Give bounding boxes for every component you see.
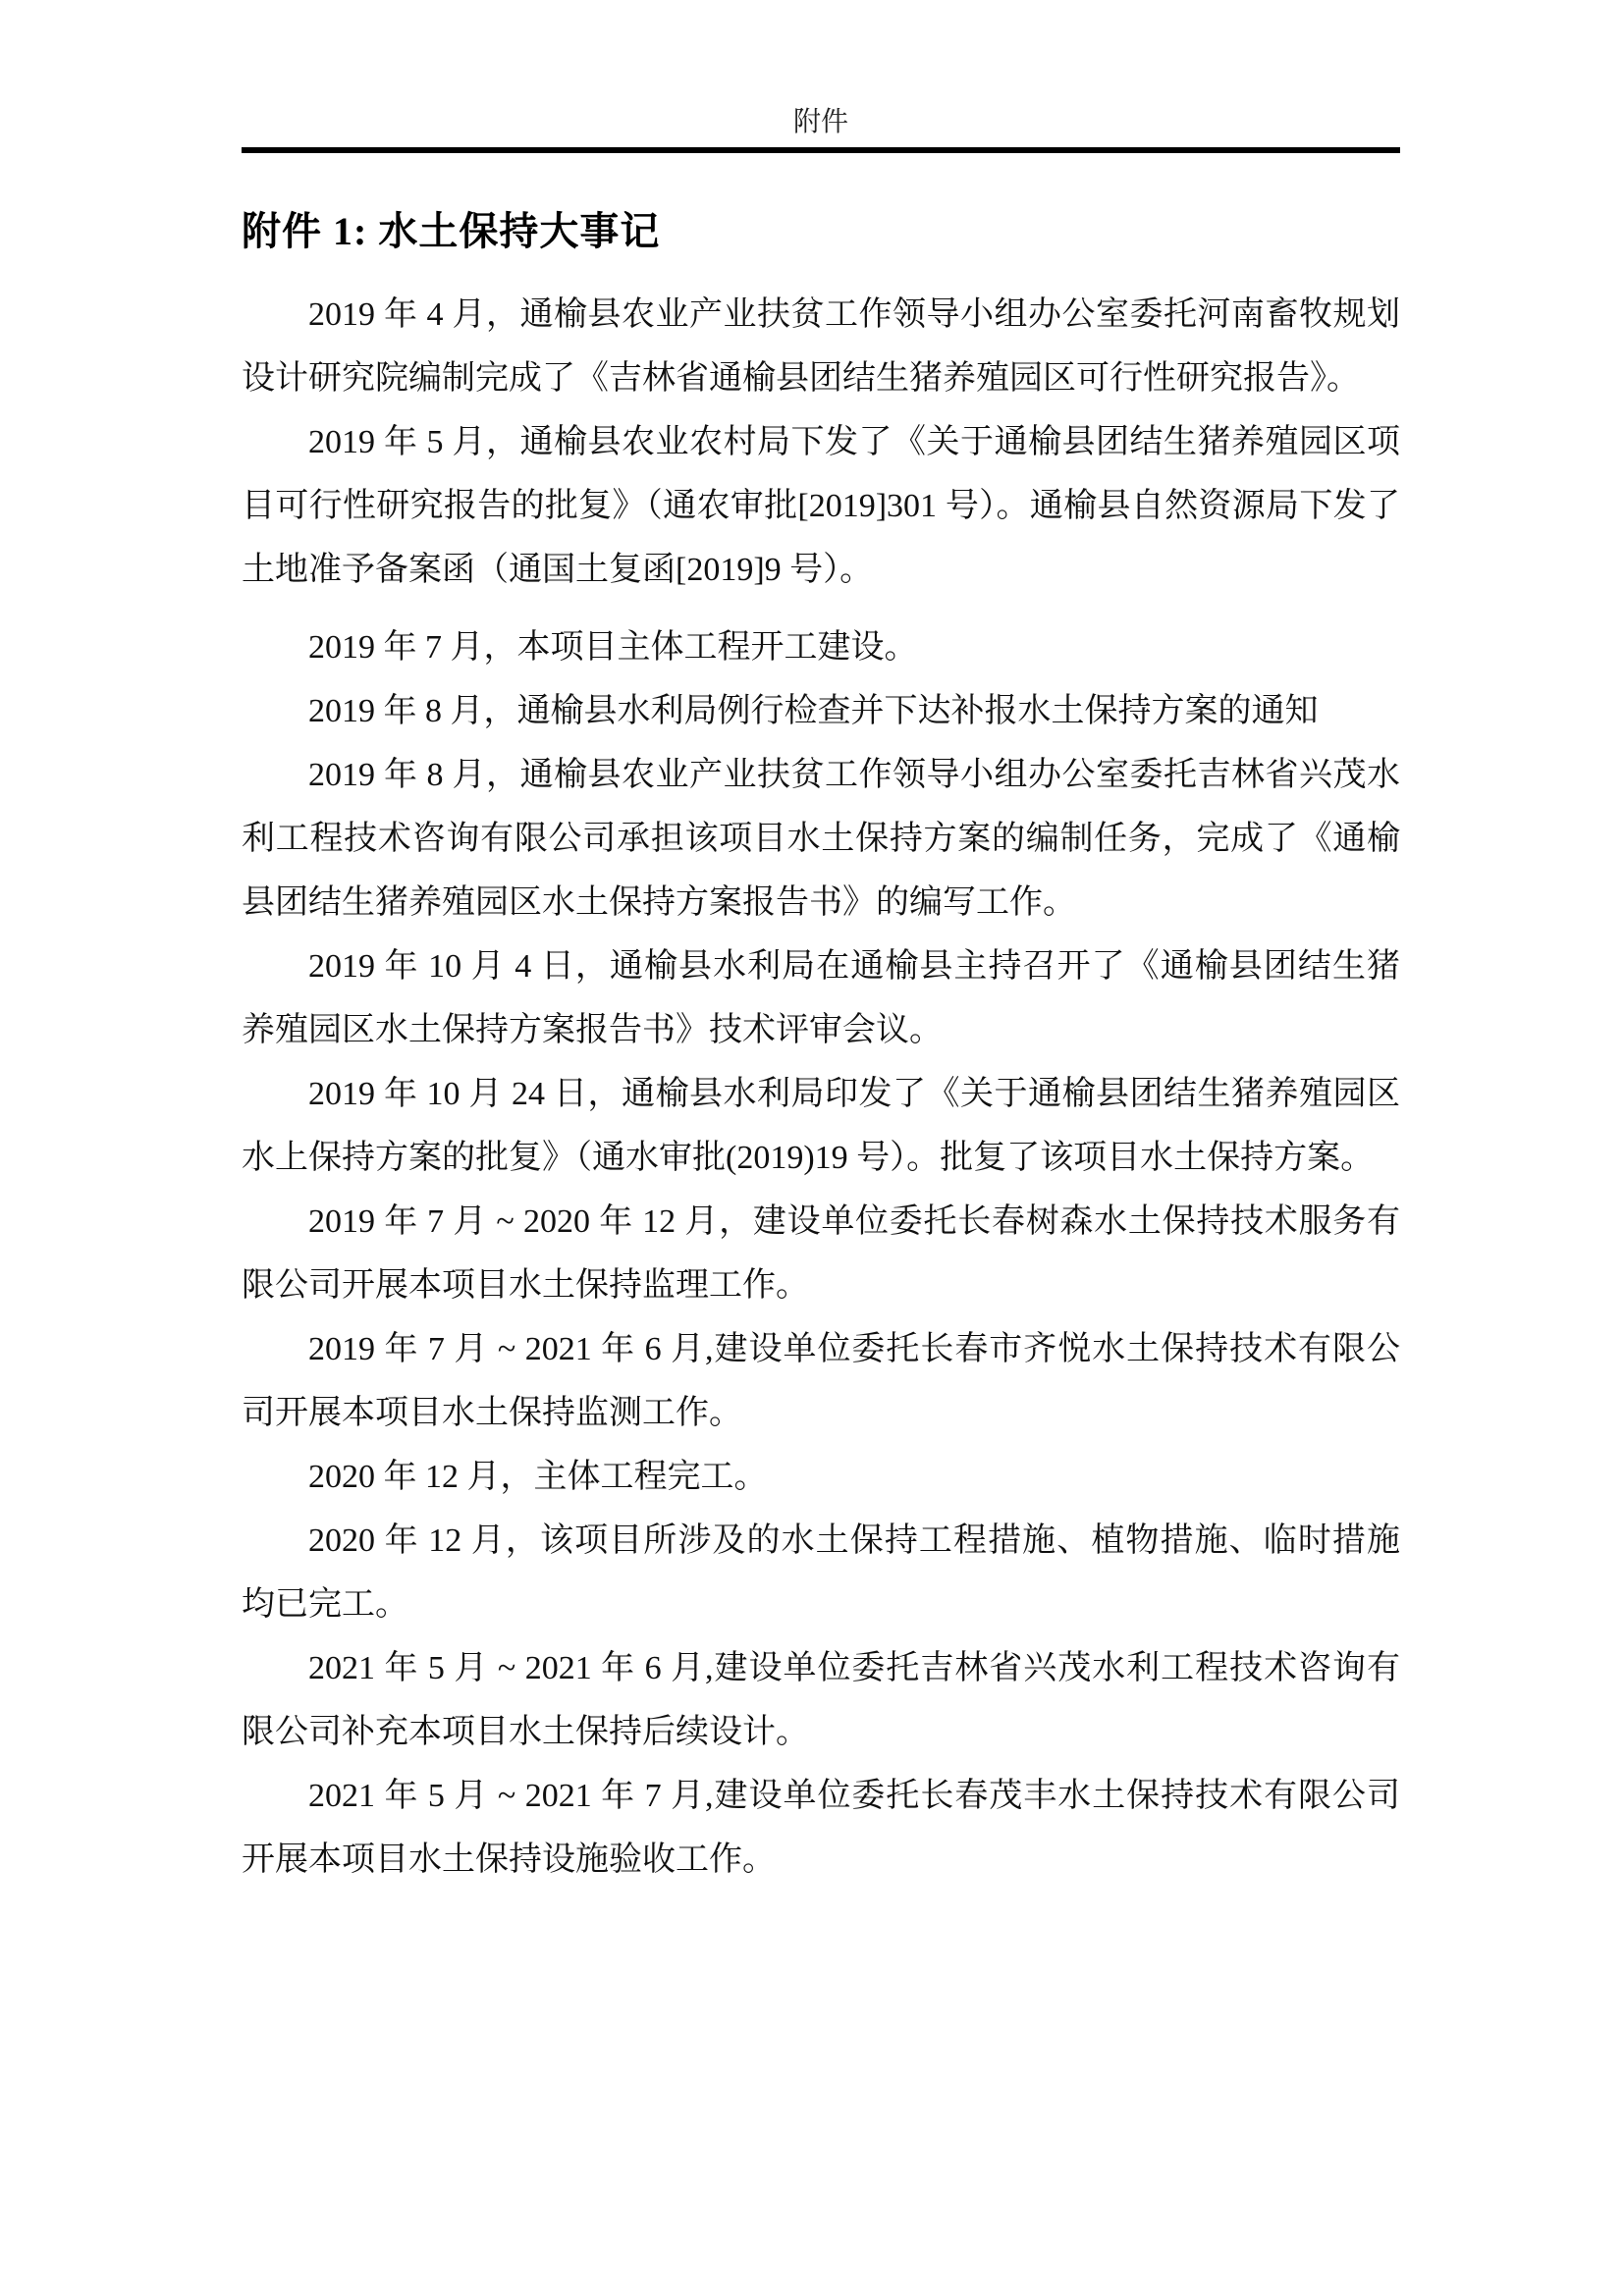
event-paragraph: 2019 年 7 月，本项目主体工程开工建设。 bbox=[242, 602, 1400, 679]
event-paragraph: 2021 年 5 月 ~ 2021 年 7 月,建设单位委托长春茂丰水土保持技术… bbox=[242, 1764, 1400, 1892]
event-paragraph: 2020 年 12 月，该项目所涉及的水土保持工程措施、植物措施、临时措施均已完… bbox=[242, 1509, 1400, 1636]
attachment-title: 附件 1: 水土保持大事记 bbox=[242, 208, 1400, 255]
event-paragraph: 2019 年 7 月 ~ 2020 年 12 月，建设单位委托长春树森水土保持技… bbox=[242, 1190, 1400, 1317]
header-rule bbox=[242, 147, 1400, 153]
event-paragraph: 2020 年 12 月，主体工程完工。 bbox=[242, 1445, 1400, 1509]
event-paragraph: 2019 年 8 月，通榆县农业产业扶贫工作领导小组办公室委托吉林省兴茂水利工程… bbox=[242, 743, 1400, 934]
document-content: 附件 附件 1: 水土保持大事记 2019 年 4 月，通榆县农业产业扶贫工作领… bbox=[242, 0, 1400, 1892]
event-paragraph: 2019 年 8 月，通榆县水利局例行检查并下达补报水土保持方案的通知 bbox=[242, 679, 1400, 743]
page-header-label: 附件 bbox=[242, 0, 1400, 139]
event-paragraph: 2021 年 5 月 ~ 2021 年 6 月,建设单位委托吉林省兴茂水利工程技… bbox=[242, 1636, 1400, 1764]
document-body: 2019 年 4 月，通榆县农业产业扶贫工作领导小组办公室委托河南畜牧规划设计研… bbox=[242, 283, 1400, 1892]
event-paragraph: 2019 年 7 月 ~ 2021 年 6 月,建设单位委托长春市齐悦水土保持技… bbox=[242, 1317, 1400, 1445]
document-page: 附件 附件 1: 水土保持大事记 2019 年 4 月，通榆县农业产业扶贫工作领… bbox=[0, 0, 1624, 2296]
event-paragraph: 2019 年 5 月，通榆县农业农村局下发了《关于通榆县团结生猪养殖园区项目可行… bbox=[242, 410, 1400, 602]
event-paragraph: 2019 年 10 月 4 日，通榆县水利局在通榆县主持召开了《通榆县团结生猪养… bbox=[242, 934, 1400, 1062]
event-paragraph: 2019 年 4 月，通榆县农业产业扶贫工作领导小组办公室委托河南畜牧规划设计研… bbox=[242, 283, 1400, 410]
event-paragraph: 2019 年 10 月 24 日，通榆县水利局印发了《关于通榆县团结生猪养殖园区… bbox=[242, 1062, 1400, 1190]
